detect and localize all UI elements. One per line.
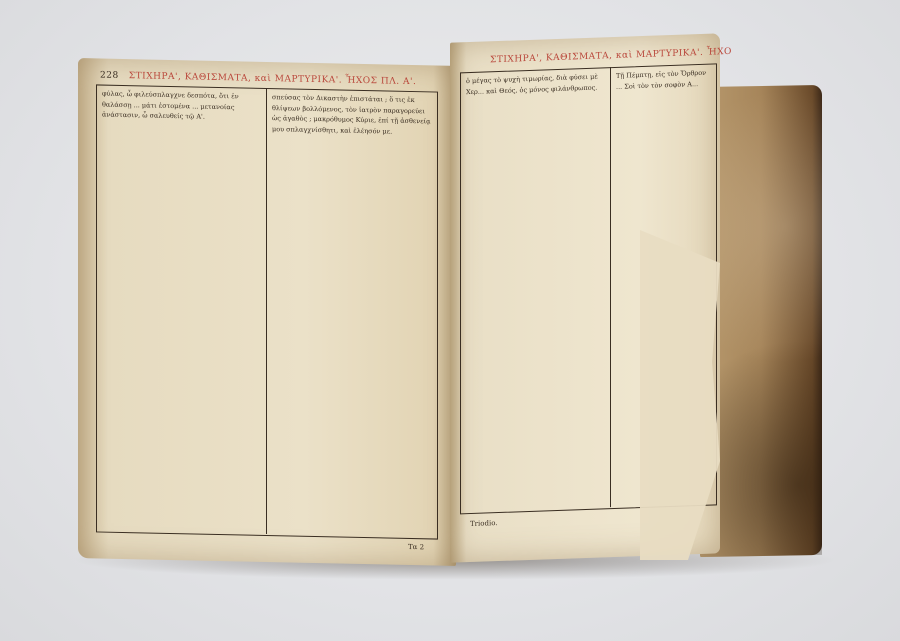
left-footer: Τα 2 bbox=[408, 543, 424, 551]
left-column-1: φύλας, ὦ φιλεύσπλαγχνε δεσπότα, ὅτι ἐν θ… bbox=[102, 89, 262, 532]
column-text: φύλας, ὦ φιλεύσπλαγχνε δεσπότα, ὅτι ἐν θ… bbox=[102, 90, 239, 121]
page-number: 228 bbox=[100, 71, 119, 81]
right-column-1: ὁ μέγας τὸ ψυχὴ τιμωρίας, διὰ φύσει μὲ Χ… bbox=[466, 71, 606, 506]
right-page-header: ΣΤΙΧΗΡΑ', ΚΑΘΙΣΜΑΤΑ, καὶ ΜΑΡΤΥΡΙΚΑ'. ἮΧΟ bbox=[490, 47, 732, 65]
header-title: ΣΤΙΧΗΡΑ', ΚΑΘΙΣΜΑΤΑ, καὶ ΜΑΡΤΥΡΙΚΑ'. ἮΧΟ… bbox=[129, 71, 417, 87]
right-footer: Triodio. bbox=[470, 519, 498, 528]
column-text: ὁ μέγας τὸ ψυχὴ τιμωρίας, διὰ φύσει μὲ Χ… bbox=[466, 73, 598, 96]
left-page: 228 ΣΤΙΧΗΡΑ', ΚΑΘΙΣΜΑΤΑ, καὶ ΜΑΡΤΥΡΙΚΑ'.… bbox=[78, 58, 456, 566]
column-rule bbox=[266, 88, 267, 534]
column-text: Τῇ Πέμπτῃ, εἰς τὸν Ὄρθρον ... Σοὶ τὸν τὸ… bbox=[616, 69, 706, 91]
left-column-2: σπεύσας τὸν Δικαστὴν ἐπιστάται ; ὅ τις ἐ… bbox=[272, 92, 432, 535]
column-rule bbox=[610, 67, 611, 507]
column-text: σπεύσας τὸν Δικαστὴν ἐπιστάται ; ὅ τις ἐ… bbox=[272, 93, 431, 135]
